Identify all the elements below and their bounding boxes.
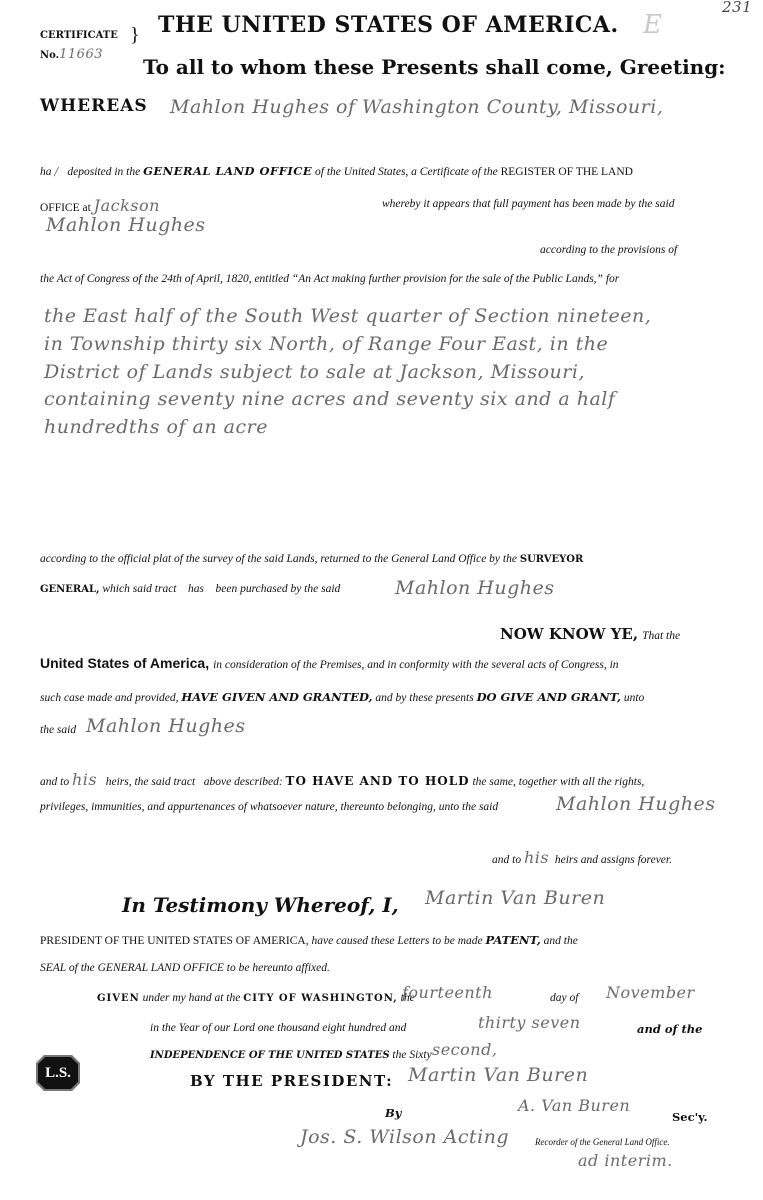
under-text: under my hand at the (143, 992, 241, 1004)
purchase-line: GENERAL, which said tract has been purch… (40, 583, 340, 595)
patent-text: PATENT, (486, 933, 541, 947)
page-title: THE UNITED STATES OF AMERICA. (158, 12, 619, 38)
land-line-3: District of Lands subject to sale at Jac… (44, 361, 585, 383)
day-of-text: day of (550, 992, 578, 1004)
secy-text: Sec'y. (672, 1110, 708, 1124)
and-the-text: and the (544, 935, 578, 947)
certificate-no-label: No. (40, 50, 59, 61)
and-of-the-text: and of the (637, 1022, 702, 1036)
according-text: according to the provisions of (540, 244, 677, 256)
given-text: GIVEN (97, 993, 140, 1004)
whereas-label: WHEREAS (40, 96, 148, 116)
president-usa-text: PRESIDENT OF THE UNITED STATES OF AMERIC… (40, 935, 309, 947)
certificate-label: CERTIFICATE (40, 30, 118, 41)
has-text: has (188, 583, 204, 595)
such-case-text: such case made and provided, (40, 692, 179, 704)
recorder-signature: Jos. S. Wilson Acting (300, 1126, 509, 1148)
independence-text: INDEPENDENCE OF THE UNITED STATES (150, 1050, 390, 1061)
land-line-2: in Township thirty six North, of Range F… (44, 333, 608, 355)
office-place: Jackson (94, 196, 160, 215)
affixed-text: to be hereunto affixed. (227, 962, 330, 974)
above-text: above described: (204, 776, 283, 788)
independence-line: INDEPENDENCE OF THE UNITED STATES the Si… (150, 1049, 432, 1061)
by-text: By (385, 1106, 401, 1120)
year-text: in the Year of our Lord one thousand eig… (150, 1022, 406, 1034)
and-by-text: and by these presents (375, 692, 473, 704)
grantee-name-2: Mahlon Hughes (556, 793, 716, 815)
and-to-text: and to (40, 776, 69, 788)
deposit-line: ha / deposited in the GENERAL LAND OFFIC… (40, 164, 633, 178)
president-signature-2: Martin Van Buren (408, 1064, 588, 1086)
glo-text-2: GENERAL LAND OFFICE (98, 962, 224, 974)
which-text: which said tract (102, 583, 176, 595)
office-at-line: OFFICE at Jackson (40, 196, 160, 215)
ad-interim: ad interim. (578, 1151, 673, 1170)
year-hand: thirty seven (478, 1013, 581, 1032)
his-1: his (72, 770, 97, 789)
glo-text: GENERAL LAND OFFICE (143, 164, 312, 178)
ha-mark: / (54, 164, 58, 178)
land-line-5: hundredths of an acre (44, 416, 268, 438)
land-line-1: the East half of the South West quarter … (44, 305, 651, 327)
habendum-line: and to his heirs, the said tract above d… (40, 770, 644, 789)
survey-text: according to the official plat of the su… (40, 553, 517, 565)
month: November (606, 983, 695, 1002)
the-same-text: the same, together with all the rights, (472, 776, 644, 788)
survey-line: according to the official plat of the su… (40, 553, 583, 565)
sixty-text: the Sixty (392, 1049, 431, 1061)
grantee-line: Mahlon Hughes of Washington County, Miss… (170, 96, 663, 118)
grantee-name: Mahlon Hughes (86, 715, 246, 737)
consideration-text: in consideration of the Premises, and in… (213, 659, 618, 671)
purchased-text: been purchased by the said (216, 583, 341, 595)
independence-year: second, (432, 1040, 497, 1059)
brace: } (130, 24, 140, 47)
whereby-text: whereby it appears that full payment has… (382, 198, 674, 210)
caused-text: have caused these Letters to be made (311, 935, 482, 947)
register-text: REGISTER OF THE LAND (501, 166, 633, 178)
of-the-text: of the (69, 962, 95, 974)
purchaser-name: Mahlon Hughes (395, 577, 555, 599)
act-text: the Act of Congress of the 24th of April… (40, 273, 619, 285)
certificate-number: No.11663 (40, 47, 103, 62)
seal-badge: L.S. (38, 1057, 78, 1089)
general-text: GENERAL, (40, 584, 100, 595)
ha-text: ha (40, 166, 52, 178)
grant-line: such case made and provided, HAVE GIVEN … (40, 690, 644, 704)
usa-text: United States of America, (40, 655, 209, 671)
office-at-text: OFFICE at (40, 202, 91, 214)
his-2: his (524, 848, 549, 867)
the-said-text: the said (40, 724, 76, 736)
page-number: 231 (722, 0, 752, 16)
usa-line: United States of America, in considerati… (40, 655, 619, 673)
recorder-title: Recorder of the General Land Office. (535, 1137, 670, 1147)
greeting: To all to whom these Presents shall come… (143, 55, 726, 79)
now-know-line: NOW KNOW YE, That the (500, 625, 680, 644)
day-ordinal: fourteenth (402, 983, 493, 1002)
and-to-2-text: and to (492, 854, 521, 866)
deposited-text: deposited in the (67, 166, 140, 178)
secretary-signature: A. Van Buren (518, 1096, 630, 1115)
heirs-tract-text: heirs, the said tract (106, 776, 195, 788)
land-line-4: containing seventy nine acres and sevent… (44, 388, 615, 410)
given-line: GIVEN under my hand at the CITY OF WASHI… (97, 992, 415, 1004)
certificate-number-value: 11663 (59, 47, 103, 62)
by-the-president: BY THE PRESIDENT: (190, 1072, 393, 1090)
seal-text: SEAL (40, 962, 66, 974)
now-know-text: NOW KNOW YE, (500, 625, 638, 643)
heirs-assigns-text: heirs and assigns forever. (555, 854, 672, 866)
testimony-line-1: PRESIDENT OF THE UNITED STATES OF AMERIC… (40, 933, 578, 947)
margin-mark: E (643, 10, 662, 40)
to-have-text: TO HAVE AND TO HOLD (286, 774, 470, 788)
testimony-label: In Testimony Whereof, I, (122, 893, 399, 917)
unto-text: unto (624, 692, 644, 704)
payer-name: Mahlon Hughes (46, 214, 206, 236)
city-text: CITY OF WASHINGTON, (243, 993, 398, 1004)
of-us-text: of the United States, a Certificate of t… (315, 166, 498, 178)
president-signature-1: Martin Van Buren (425, 887, 605, 909)
do-give-text: DO GIVE AND GRANT, (477, 690, 621, 704)
that-the-text: That the (642, 630, 680, 642)
testimony-line-2: SEAL of the GENERAL LAND OFFICE to be he… (40, 962, 330, 974)
heirs-assigns-line: and to his heirs and assigns forever. (492, 848, 672, 867)
surveyor-text: SURVEYOR (520, 554, 583, 565)
have-given-text: HAVE GIVEN AND GRANTED, (181, 690, 372, 704)
privileges-text: privileges, immunities, and appurtenance… (40, 801, 498, 813)
